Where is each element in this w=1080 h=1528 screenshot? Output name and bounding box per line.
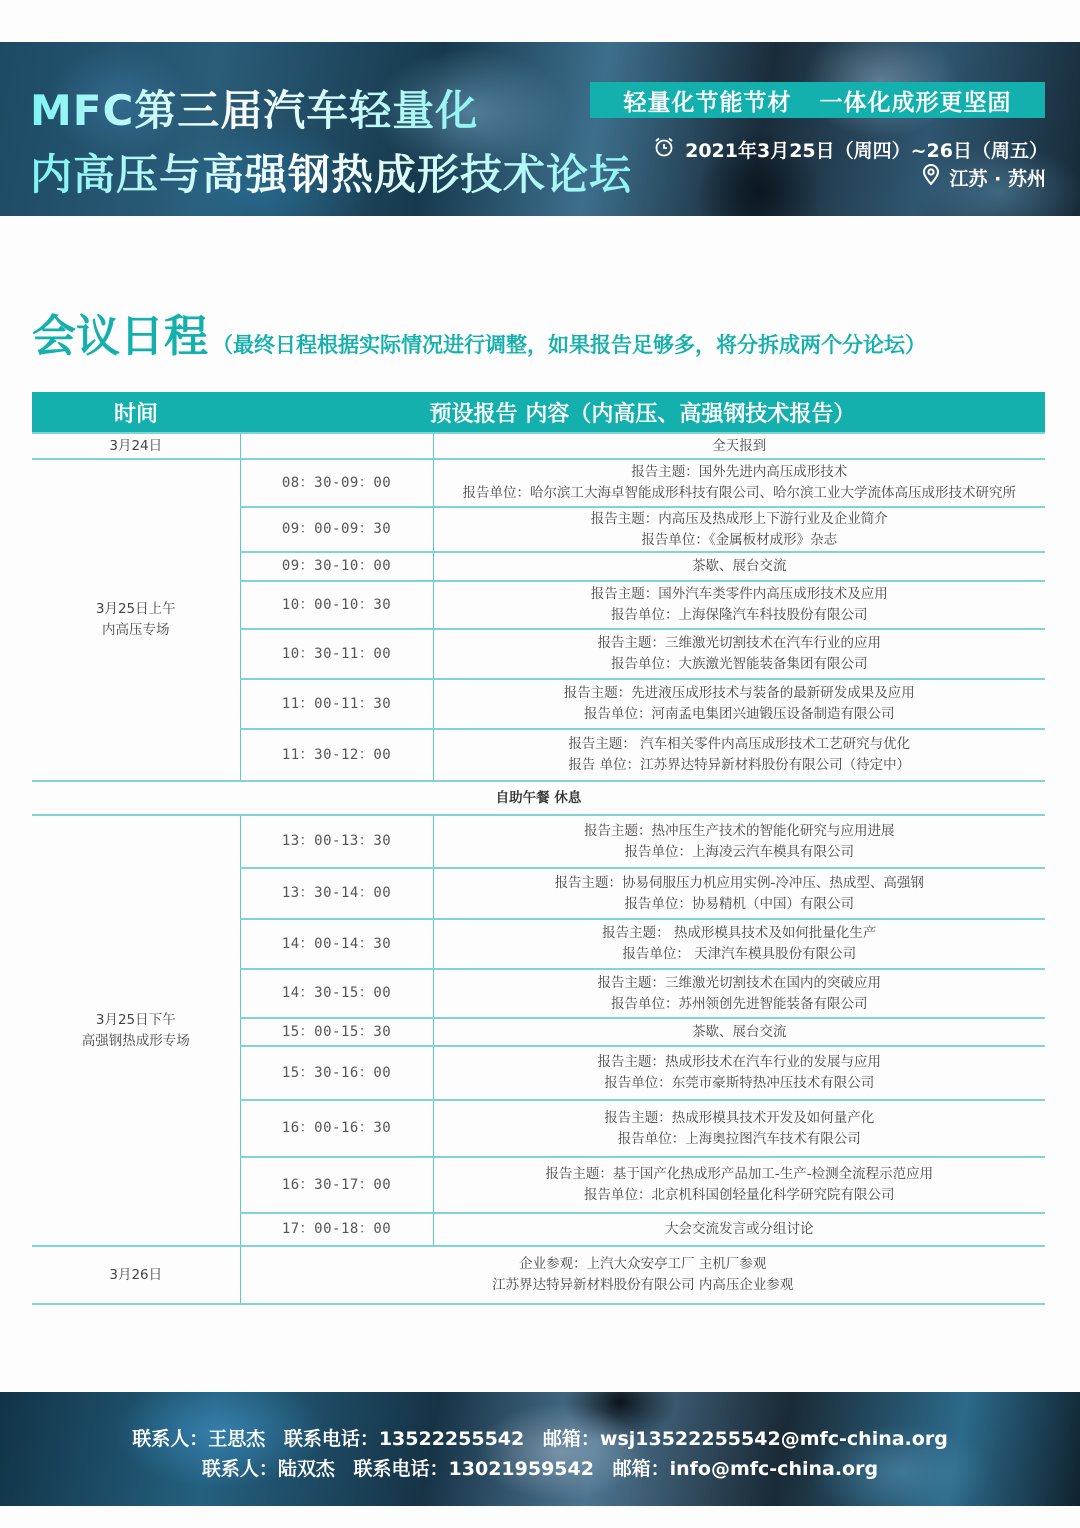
content-cell: 报告主题：热成形技术在汽车行业的发展与应用 报告单位：东莞市豪斯特热冲压技术有限… bbox=[433, 1046, 1045, 1100]
slogan-part-1: 轻量化节能节材 bbox=[624, 84, 792, 117]
table-row: 3月24日 全天报到 bbox=[32, 433, 1045, 459]
report-topic: 报告主题：三维激光切割技术在国内的突破应用 bbox=[440, 973, 1040, 994]
report-unit: 报告单位：《金属板材成形》杂志 bbox=[440, 530, 1040, 551]
contact-row-1: 联系人：王思杰 联系电话：13522255542 邮箱：wsj135222555… bbox=[0, 1424, 1080, 1451]
report-topic: 报告主题：基于国产化热成形产品加工-生产-检测全流程示范应用 bbox=[440, 1164, 1040, 1185]
content-cell: 企业参观：上汽大众安亭工厂 主机厂参观 江苏界达特异新材料股份有限公司 内高压企… bbox=[240, 1246, 1045, 1304]
time-cell: 15：00-15：30 bbox=[240, 1018, 433, 1046]
header-time: 时间 bbox=[32, 392, 240, 433]
report-topic: 报告主题：三维激光切割技术在汽车行业的应用 bbox=[440, 633, 1040, 654]
report-unit: 报告单位：上海凌云汽车模具有限公司 bbox=[440, 842, 1040, 863]
lunch-break: 自助午餐 休息 bbox=[32, 781, 1045, 815]
time-cell: 11：00-11：30 bbox=[240, 679, 433, 729]
content-cell: 报告主题：国外汽车类零件内高压成形技术及应用 报告单位：上海保隆汽车科技股份有限… bbox=[433, 581, 1045, 629]
day-cell: 3月24日 bbox=[32, 433, 240, 459]
table-row: 3月25日下午 高强钢热成形专场 13：00-13：30 报告主题：热冲压生产技… bbox=[32, 815, 1045, 868]
agenda-note: （最终日程根据实际情况进行调整，如果报告足够多，将分拆成两个分论坛） bbox=[212, 328, 926, 362]
report-unit: 报告单位：苏州领创先进智能装备有限公司 bbox=[440, 994, 1040, 1015]
session-date: 3月25日上午 bbox=[38, 599, 234, 620]
contact-phone[interactable]: 联系电话：13522255542 bbox=[284, 1428, 524, 1450]
contact-person: 联系人：陆双杰 bbox=[202, 1458, 335, 1480]
report-unit: 报告单位：上海保隆汽车科技股份有限公司 bbox=[440, 605, 1040, 626]
slogan-badge: 轻量化节能节材 一体化成形更坚固 bbox=[590, 82, 1045, 118]
report-topic: 报告主题：热成形技术在汽车行业的发展与应用 bbox=[440, 1052, 1040, 1073]
time-cell: 16：30-17：00 bbox=[240, 1157, 433, 1213]
content-cell: 报告主题：内高压及热成形上下游行业及企业简介 报告单位：《金属板材成形》杂志 bbox=[433, 507, 1045, 552]
report-topic: 报告主题：先进液压成形技术与装备的最新研发成果及应用 bbox=[440, 683, 1040, 704]
contact-row-2: 联系人：陆双杰 联系电话：13021959542 邮箱：info@mfc-chi… bbox=[0, 1454, 1080, 1481]
content-cell: 茶歇、展台交流 bbox=[433, 1018, 1045, 1046]
content-cell: 报告主题：国外先进内高压成形技术 报告单位：哈尔滨工大海卓智能成形科技有限公司、… bbox=[433, 459, 1045, 507]
time-cell: 08：30-09：00 bbox=[240, 459, 433, 507]
time-cell: 13：30-14：00 bbox=[240, 868, 433, 919]
day-cell: 3月26日 bbox=[32, 1246, 240, 1304]
time-cell: 09：30-10：00 bbox=[240, 552, 433, 581]
event-location: 江苏 · 苏州 bbox=[922, 164, 1046, 191]
contact-email[interactable]: 邮箱：info@mfc-china.org bbox=[613, 1458, 878, 1480]
report-unit: 报告 单位：江苏界达特异新材料股份有限公司（待定中） bbox=[440, 755, 1040, 776]
session-date: 3月25日下午 bbox=[38, 1010, 234, 1031]
forum-title-line2: 内高压与高强钢热成形技术论坛 bbox=[30, 142, 632, 202]
content-cell: 报告主题：协易伺服压力机应用实例-冷冲压、热成型、高强钢 报告单位：协易精机（中… bbox=[433, 868, 1045, 919]
table-row: 3月25日上午 内高压专场 08：30-09：00 报告主题：国外先进内高压成形… bbox=[32, 459, 1045, 507]
report-topic: 报告主题： 汽车相关零件内高压成形技术工艺研究与优化 bbox=[440, 734, 1040, 755]
report-unit: 报告单位： 天津汽车模具股份有限公司 bbox=[440, 944, 1040, 965]
event-date: 2021年3月25日（周四）~26日（周五） bbox=[653, 136, 1048, 163]
header-content: 预设报告 内容（内高压、高强钢技术报告） bbox=[240, 392, 1045, 433]
time-cell: 17：00-18：00 bbox=[240, 1213, 433, 1246]
report-unit: 报告单位：上海奥拉图汽车技术有限公司 bbox=[440, 1129, 1040, 1150]
contact-phone[interactable]: 联系电话：13021959542 bbox=[354, 1458, 594, 1480]
event-date-text: 2021年3月25日（周四）~26日（周五） bbox=[685, 136, 1048, 163]
time-cell: 11：30-12：00 bbox=[240, 729, 433, 781]
session-cell-morning: 3月25日上午 内高压专场 bbox=[32, 459, 240, 781]
report-topic: 报告主题：热成形模具技术开发及如何量产化 bbox=[440, 1108, 1040, 1129]
time-cell: 15：30-16：00 bbox=[240, 1046, 433, 1100]
agenda-heading: 会议日程 （最终日程根据实际情况进行调整，如果报告足够多，将分拆成两个分论坛） bbox=[32, 312, 926, 362]
header-banner: MFC第三届汽车轻量化 内高压与高强钢热成形技术论坛 轻量化节能节材 一体化成形… bbox=[0, 42, 1080, 216]
report-unit: 报告单位：河南孟电集团兴迪锻压设备制造有限公司 bbox=[440, 704, 1040, 725]
table-header-row: 时间 预设报告 内容（内高压、高强钢技术报告） bbox=[32, 392, 1045, 433]
content-cell: 报告主题：基于国产化热成形产品加工-生产-检测全流程示范应用 报告单位：北京机科… bbox=[433, 1157, 1045, 1213]
table-row-lunch: 自助午餐 休息 bbox=[32, 781, 1045, 815]
contact-email[interactable]: 邮箱：wsj13522255542@mfc-china.org bbox=[543, 1428, 948, 1450]
event-location-text: 江苏 · 苏州 bbox=[950, 164, 1046, 191]
content-cell: 报告主题：热成形模具技术开发及如何量产化 报告单位：上海奥拉图汽车技术有限公司 bbox=[433, 1100, 1045, 1157]
report-unit: 报告单位：东莞市豪斯特热冲压技术有限公司 bbox=[440, 1073, 1040, 1094]
contact-person: 联系人：王思杰 bbox=[132, 1428, 265, 1450]
report-topic: 报告主题：国外先进内高压成形技术 bbox=[440, 462, 1040, 483]
time-cell: 14：30-15：00 bbox=[240, 969, 433, 1018]
content-cell: 报告主题：先进液压成形技术与装备的最新研发成果及应用 报告单位：河南孟电集团兴迪… bbox=[433, 679, 1045, 729]
time-cell: 16：00-16：30 bbox=[240, 1100, 433, 1157]
content-cell: 报告主题： 热成形模具技术及如何批量化生产 报告单位： 天津汽车模具股份有限公司 bbox=[433, 919, 1045, 969]
report-topic: 报告主题：协易伺服压力机应用实例-冷冲压、热成型、高强钢 bbox=[440, 873, 1040, 894]
time-cell: 14：00-14：30 bbox=[240, 919, 433, 969]
table-row: 3月26日 企业参观：上汽大众安亭工厂 主机厂参观 江苏界达特异新材料股份有限公… bbox=[32, 1246, 1045, 1304]
report-topic: 报告主题：热冲压生产技术的智能化研究与应用进展 bbox=[440, 821, 1040, 842]
report-topic: 报告主题：国外汽车类零件内高压成形技术及应用 bbox=[440, 584, 1040, 605]
report-unit: 报告单位：大族激光智能装备集团有限公司 bbox=[440, 654, 1040, 675]
time-cell bbox=[240, 433, 433, 459]
content-cell: 全天报到 bbox=[433, 433, 1045, 459]
content-cell: 报告主题：三维激光切割技术在国内的突破应用 报告单位：苏州领创先进智能装备有限公… bbox=[433, 969, 1045, 1018]
visit-line-1: 企业参观：上汽大众安亭工厂 主机厂参观 bbox=[247, 1254, 1040, 1275]
alarm-clock-icon bbox=[653, 136, 675, 163]
time-cell: 10：30-11：00 bbox=[240, 629, 433, 679]
slogan-part-2: 一体化成形更坚固 bbox=[820, 84, 1012, 117]
time-cell: 10：00-10：30 bbox=[240, 581, 433, 629]
content-cell: 报告主题：三维激光切割技术在汽车行业的应用 报告单位：大族激光智能装备集团有限公… bbox=[433, 629, 1045, 679]
agenda-title: 会议日程 bbox=[32, 312, 208, 362]
content-cell: 报告主题：热冲压生产技术的智能化研究与应用进展 报告单位：上海凌云汽车模具有限公… bbox=[433, 815, 1045, 868]
forum-title-line1: MFC第三届汽车轻量化 bbox=[30, 78, 478, 138]
report-topic: 报告主题： 热成形模具技术及如何批量化生产 bbox=[440, 923, 1040, 944]
time-cell: 13：00-13：30 bbox=[240, 815, 433, 868]
report-unit: 报告单位：北京机科国创轻量化科学研究院有限公司 bbox=[440, 1185, 1040, 1206]
agenda-table: 时间 预设报告 内容（内高压、高强钢技术报告） 3月24日 全天报到 3月25日… bbox=[32, 392, 1045, 1305]
time-cell: 09：00-09：30 bbox=[240, 507, 433, 552]
report-unit: 报告单位：协易精机（中国）有限公司 bbox=[440, 894, 1040, 915]
content-cell: 茶歇、展台交流 bbox=[433, 552, 1045, 581]
report-unit: 报告单位：哈尔滨工大海卓智能成形科技有限公司、哈尔滨工业大学流体高压成形技术研究… bbox=[440, 483, 1040, 504]
content-cell: 报告主题： 汽车相关零件内高压成形技术工艺研究与优化 报告 单位：江苏界达特异新… bbox=[433, 729, 1045, 781]
map-pin-icon bbox=[922, 164, 940, 191]
session-name: 内高压专场 bbox=[38, 620, 234, 641]
content-cell: 大会交流发言或分组讨论 bbox=[433, 1213, 1045, 1246]
report-topic: 报告主题：内高压及热成形上下游行业及企业简介 bbox=[440, 509, 1040, 530]
session-cell-afternoon: 3月25日下午 高强钢热成形专场 bbox=[32, 815, 240, 1246]
session-name: 高强钢热成形专场 bbox=[38, 1031, 234, 1052]
contact-footer: 联系人：王思杰 联系电话：13522255542 邮箱：wsj135222555… bbox=[0, 1392, 1080, 1506]
visit-line-2: 江苏界达特异新材料股份有限公司 内高压企业参观 bbox=[247, 1275, 1040, 1296]
